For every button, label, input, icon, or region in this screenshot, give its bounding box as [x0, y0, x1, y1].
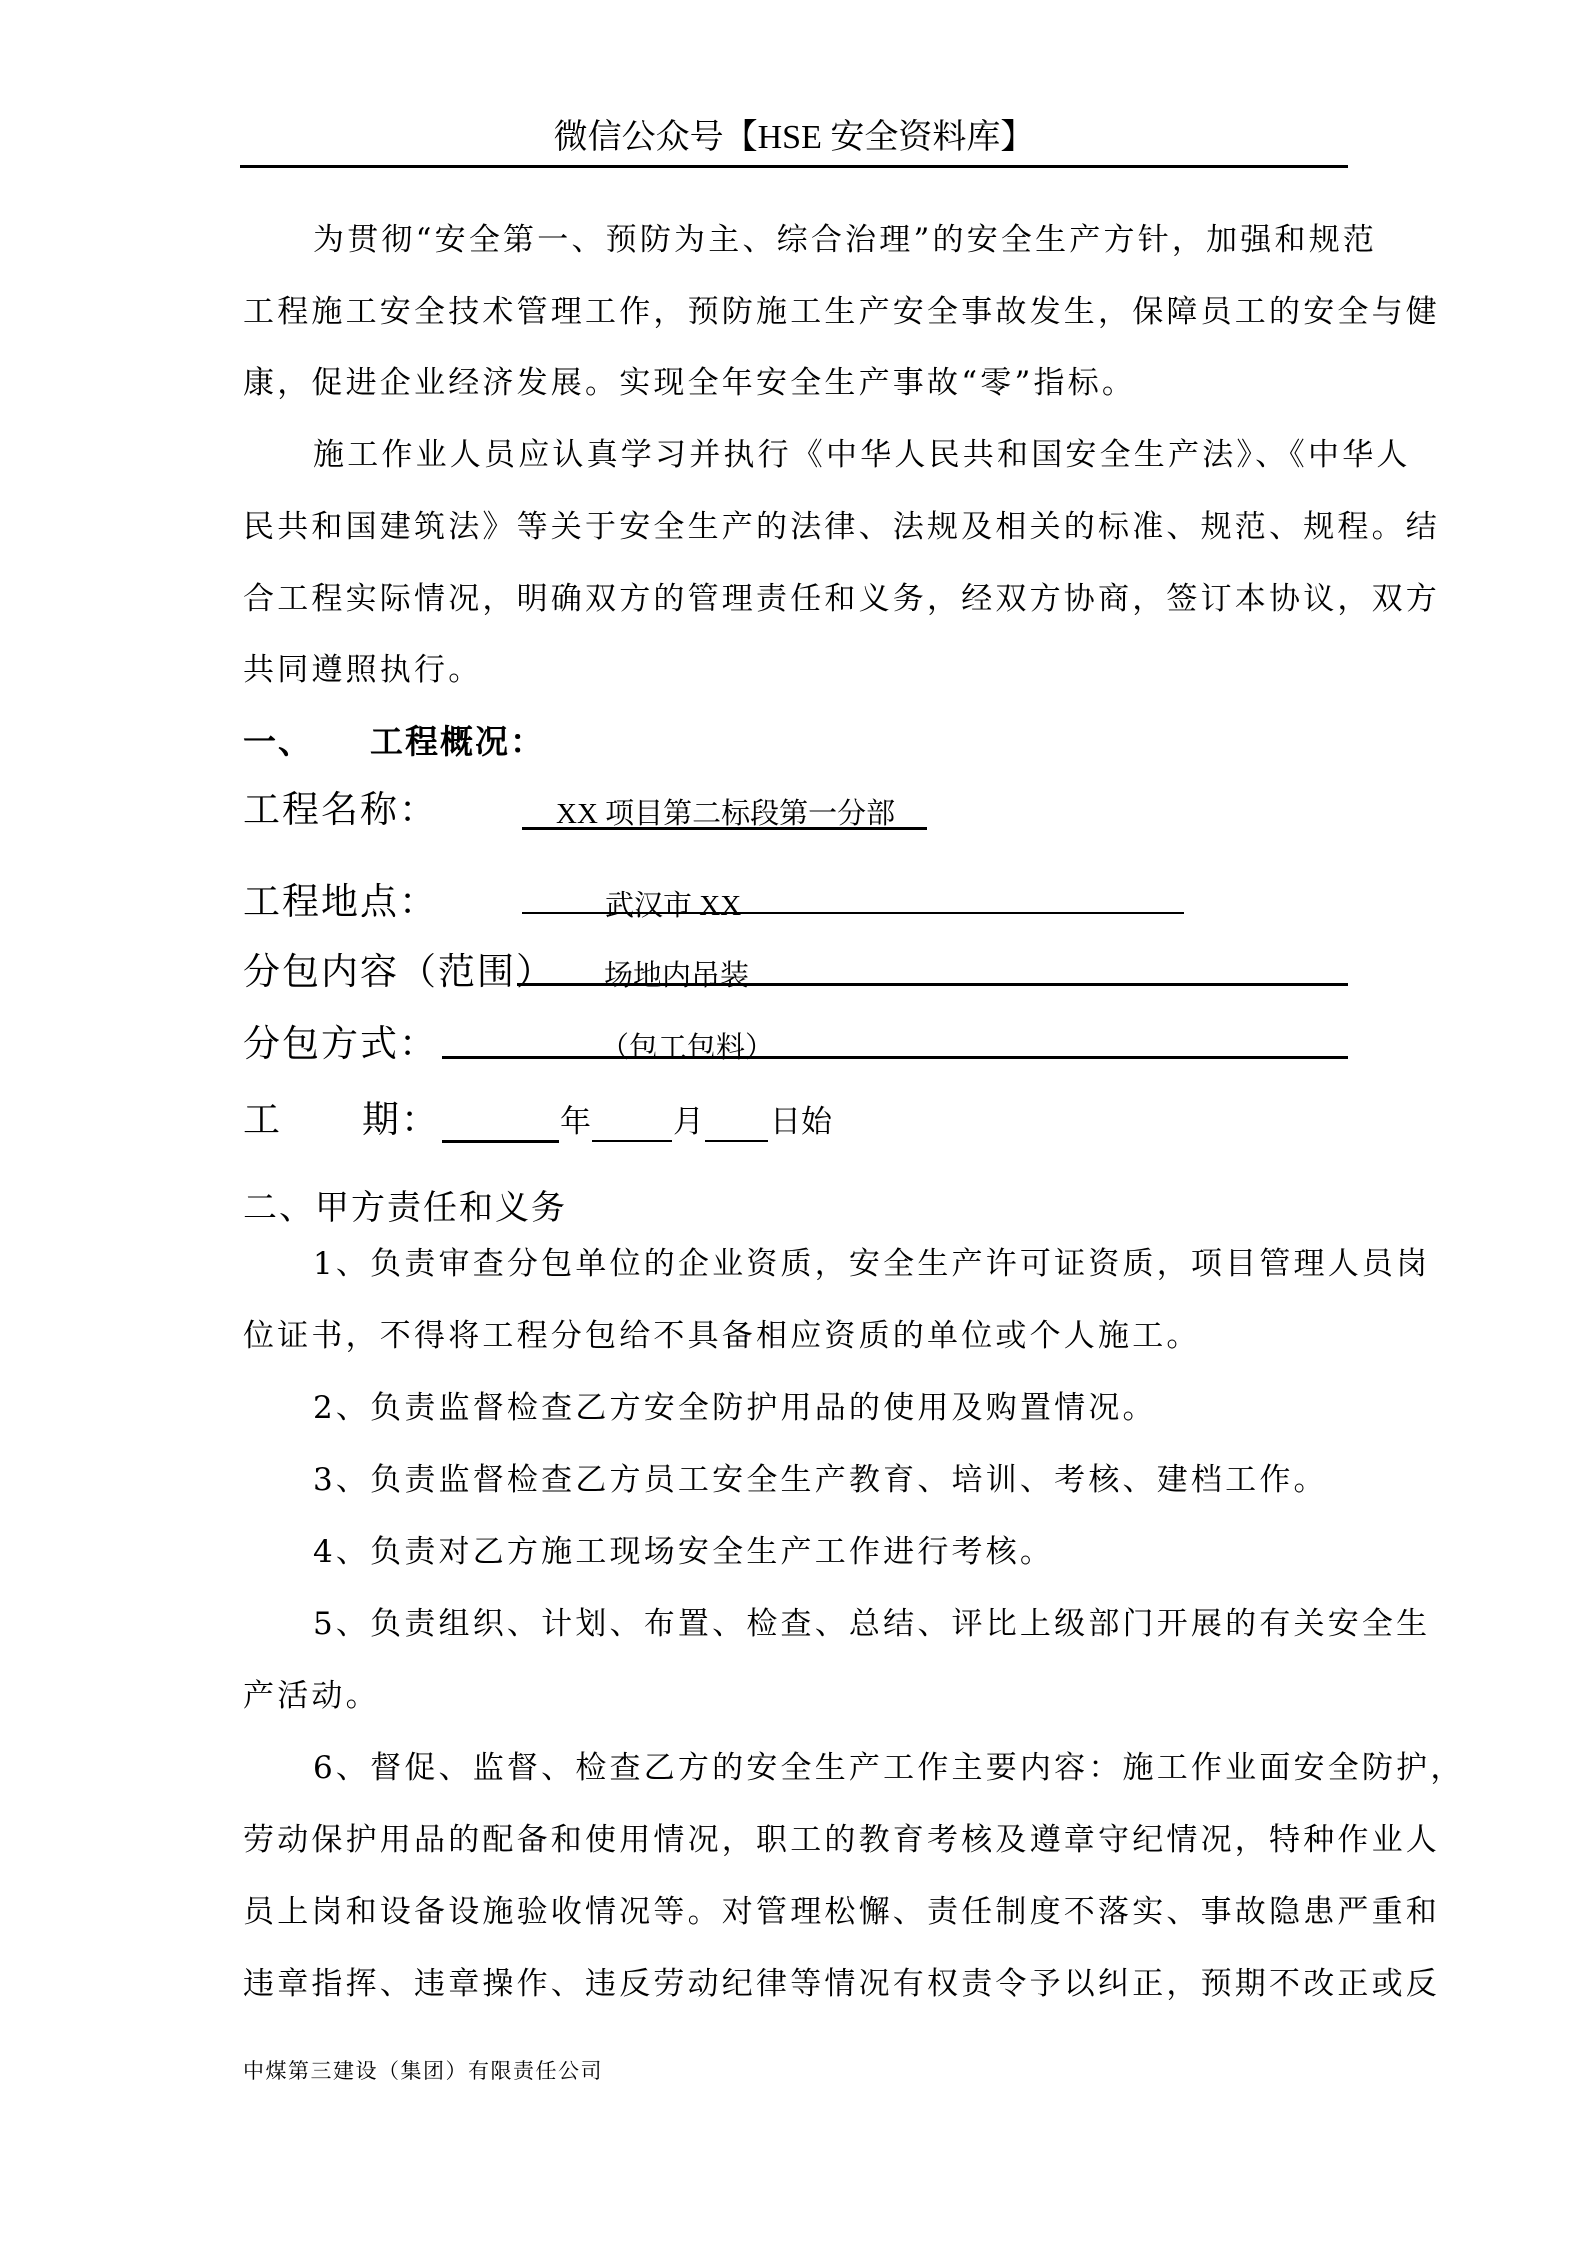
duty-1-line-1: 1、负责审查分包单位的企业资质，安全生产许可证资质，项目管理人员岗	[313, 1242, 1349, 1286]
duty-6-line-3: 员上岗和设备设施验收情况等。对管理松懈、责任制度不落实、事故隐患严重和	[243, 1890, 1349, 1934]
duration-day-underline	[705, 1140, 768, 1142]
duty-6-line-4: 违章指挥、违章操作、违反劳动纪律等情况有权责令予以纠正，预期不改正或反	[243, 1962, 1349, 2006]
section-1-heading: 一、 工程概况：	[243, 720, 545, 764]
project-name-underline	[522, 827, 927, 830]
project-name-label: 工程名称：	[243, 786, 438, 834]
intro-p2-line-2: 民共和国建筑法》等关于安全生产的法律、法规及相关的标准、规范、规程。结	[243, 505, 1349, 549]
duration-month-underline	[592, 1140, 672, 1142]
section-1-number: 一、	[243, 722, 313, 761]
duration-year-unit: 年	[560, 1102, 591, 1142]
footer-company-name: 中煤第三建设（集团）有限责任公司	[243, 2056, 603, 2086]
intro-p1-line-2: 工程施工安全技术管理工作，预防施工生产安全事故发生，保障员工的安全与健	[243, 290, 1349, 334]
duty-2-line-1: 2、负责监督检查乙方安全防护用品的使用及购置情况。	[313, 1386, 1349, 1430]
section-1-title: 工程概况：	[370, 722, 545, 761]
subcontract-mode-label: 分包方式：	[243, 1020, 438, 1068]
duty-1-line-2: 位证书，不得将工程分包给不具备相应资质的单位或个人施工。	[243, 1314, 1349, 1358]
duty-5-line-1: 5、负责组织、计划、布置、检查、总结、评比上级部门开展的有关安全生	[313, 1602, 1349, 1646]
duty-6-line-2: 劳动保护用品的配备和使用情况，职工的教育考核及遵章守纪情况，特种作业人	[243, 1818, 1349, 1862]
subcontract-scope-value[interactable]: 场地内吊装	[604, 956, 749, 996]
intro-p2-line-1: 施工作业人员应认真学习并执行《中华人民共和国安全生产法》、《中华人	[313, 433, 1349, 477]
project-location-value[interactable]: 武汉市 XX	[605, 886, 741, 926]
header-divider	[240, 165, 1348, 168]
project-location-label: 工程地点：	[243, 878, 438, 926]
duration-label-left: 工	[243, 1096, 282, 1144]
duration-month-unit: 月	[673, 1102, 704, 1142]
section-2-heading: 二、甲方责任和义务	[243, 1186, 567, 1230]
intro-p2-line-4: 共同遵照执行。	[243, 648, 1349, 692]
intro-p1-line-3: 康，促进企业经济发展。实现全年安全生产事故“零”指标。	[243, 361, 1349, 405]
subcontract-mode-value[interactable]: （包工包料）	[600, 1028, 774, 1068]
duration-label-right: 期：	[362, 1096, 440, 1144]
intro-p2-line-3: 合工程实际情况，明确双方的管理责任和义务，经双方协商，签订本协议，双方	[243, 577, 1349, 621]
intro-p1-line-1: 为贯彻“安全第一、预防为主、综合治理”的安全生产方针，加强和规范	[313, 218, 1349, 262]
subcontract-scope-label: 分包内容（范围）	[243, 948, 555, 996]
duty-3-line-1: 3、负责监督检查乙方员工安全生产教育、培训、考核、建档工作。	[313, 1458, 1349, 1502]
duration-year-underline	[442, 1140, 559, 1143]
project-location-underline	[522, 912, 1184, 914]
page-header-title: 微信公众号【HSE 安全资料库】	[240, 116, 1348, 160]
subcontract-mode-underline	[442, 1056, 1348, 1059]
duty-6-line-1: 6、督促、监督、检查乙方的安全生产工作主要内容：施工作业面安全防护，	[313, 1746, 1349, 1790]
duration-day-unit: 日始	[770, 1102, 832, 1142]
duty-5-line-2: 产活动。	[243, 1674, 1349, 1718]
subcontract-scope-underline	[517, 983, 1348, 986]
duty-4-line-1: 4、负责对乙方施工现场安全生产工作进行考核。	[313, 1530, 1349, 1574]
